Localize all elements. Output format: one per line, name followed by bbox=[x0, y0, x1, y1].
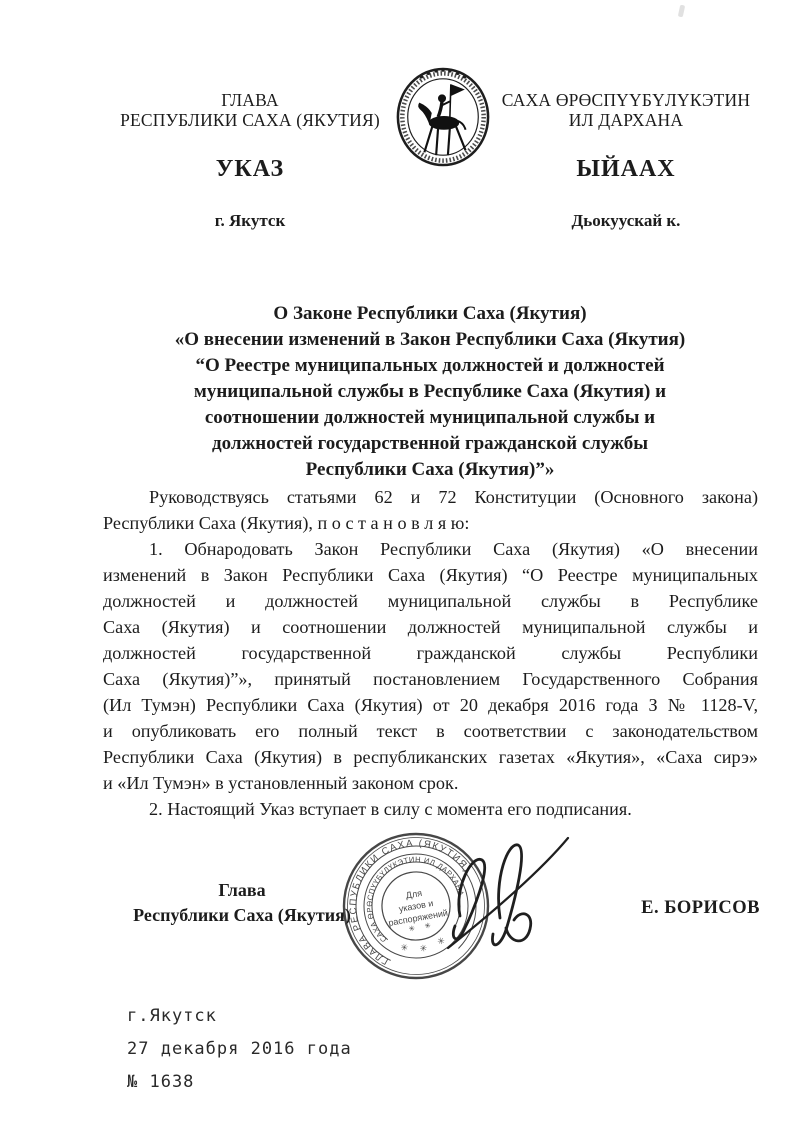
body-line: и «Ил Тумэн» в установленный законом сро… bbox=[103, 770, 758, 796]
footer-number: № 1638 bbox=[127, 1066, 352, 1099]
footer-date: 27 декабря 2016 года bbox=[127, 1033, 352, 1066]
issue-place-ru: г. Якутск bbox=[105, 211, 395, 231]
body-line: должностей государственной гражданской с… bbox=[103, 640, 758, 666]
stamp-star-icon: ✳ bbox=[400, 942, 410, 953]
doc-type-sakha: ЫЙААХ bbox=[495, 156, 757, 183]
title-line: Республики Саха (Якутия)”» bbox=[100, 457, 760, 483]
title-line: соотношении должностей муниципальной слу… bbox=[100, 405, 760, 431]
decree-body: Руководствуясь статьями 62 и 72 Конститу… bbox=[103, 484, 758, 822]
handwritten-signature bbox=[438, 816, 598, 972]
signatory-post: Глава Республики Саха (Якутия) bbox=[128, 878, 356, 928]
body-line: Республики Саха (Якутия) в республиканск… bbox=[103, 744, 758, 770]
body-line: Саха (Якутия) и соотношении должностей м… bbox=[103, 614, 758, 640]
stamp-center-line1: Для bbox=[405, 888, 423, 901]
title-line: должностей государственной гражданской с… bbox=[100, 431, 760, 457]
footer-requisites: г.Якутск 27 декабря 2016 года № 1638 bbox=[127, 1000, 352, 1099]
body-line: Руководствуясь статьями 62 и 72 Конститу… bbox=[103, 484, 758, 510]
issuer-name-ru-line1: ГЛАВА bbox=[105, 90, 395, 110]
issuer-name-ru-line2: РЕСПУБЛИКИ САХА (ЯКУТИЯ) bbox=[105, 110, 395, 130]
header-right-column: САХА ӨРӨСПҮҮБҮЛҮКЭТИН ИЛ ДАРХАНА ЫЙААХ Д… bbox=[495, 90, 757, 231]
header-left-column: ГЛАВА РЕСПУБЛИКИ САХА (ЯКУТИЯ) УКАЗ г. Я… bbox=[105, 90, 395, 231]
signatory-post-line2: Республики Саха (Якутия) bbox=[128, 903, 356, 928]
footer-place: г.Якутск bbox=[127, 1000, 352, 1033]
stamp-star-icon: ✳ bbox=[408, 923, 416, 933]
title-line: “О Реестре муниципальных должностей и до… bbox=[100, 353, 760, 379]
signatory-post-line1: Глава bbox=[128, 878, 356, 903]
horseman-seal-icon bbox=[394, 66, 492, 168]
title-line: «О внесении изменений в Закон Республики… bbox=[100, 327, 760, 353]
issuer-name-sakha-line2: ИЛ ДАРХАНА bbox=[495, 110, 757, 130]
title-line: О Законе Республики Саха (Якутия) bbox=[100, 301, 760, 327]
body-line: 1. Обнародовать Закон Республики Саха (Я… bbox=[103, 536, 758, 562]
stamp-star-icon: ✳ bbox=[419, 943, 429, 954]
coat-of-arms-emblem bbox=[394, 66, 492, 168]
stamp-star-icon: ✳ bbox=[424, 921, 432, 931]
signatory-name: Е. БОРИСОВ bbox=[628, 898, 760, 919]
decree-document-page: ГЛАВА РЕСПУБЛИКИ САХА (ЯКУТИЯ) УКАЗ г. Я… bbox=[0, 0, 800, 1132]
decree-title: О Законе Республики Саха (Якутия) «О вне… bbox=[100, 301, 760, 483]
body-line: и опубликовать его полный текст в соотве… bbox=[103, 718, 758, 744]
doc-type-ru: УКАЗ bbox=[105, 156, 395, 183]
issue-place-sakha: Дьокуускай к. bbox=[495, 211, 757, 231]
body-line: должностей и должностей муниципальной сл… bbox=[103, 588, 758, 614]
scan-artifact bbox=[678, 5, 685, 18]
body-line: (Ил Тумэн) Республики Саха (Якутия) от 2… bbox=[103, 692, 758, 718]
body-line: Саха (Якутия)”», принятый постановлением… bbox=[103, 666, 758, 692]
body-line: изменений в Закон Республики Саха (Якути… bbox=[103, 562, 758, 588]
issuer-name-sakha-line1: САХА ӨРӨСПҮҮБҮЛҮКЭТИН bbox=[495, 90, 757, 110]
body-line: Республики Саха (Якутия), п о с т а н о … bbox=[103, 510, 758, 536]
title-line: муниципальной службы в Республике Саха (… bbox=[100, 379, 760, 405]
